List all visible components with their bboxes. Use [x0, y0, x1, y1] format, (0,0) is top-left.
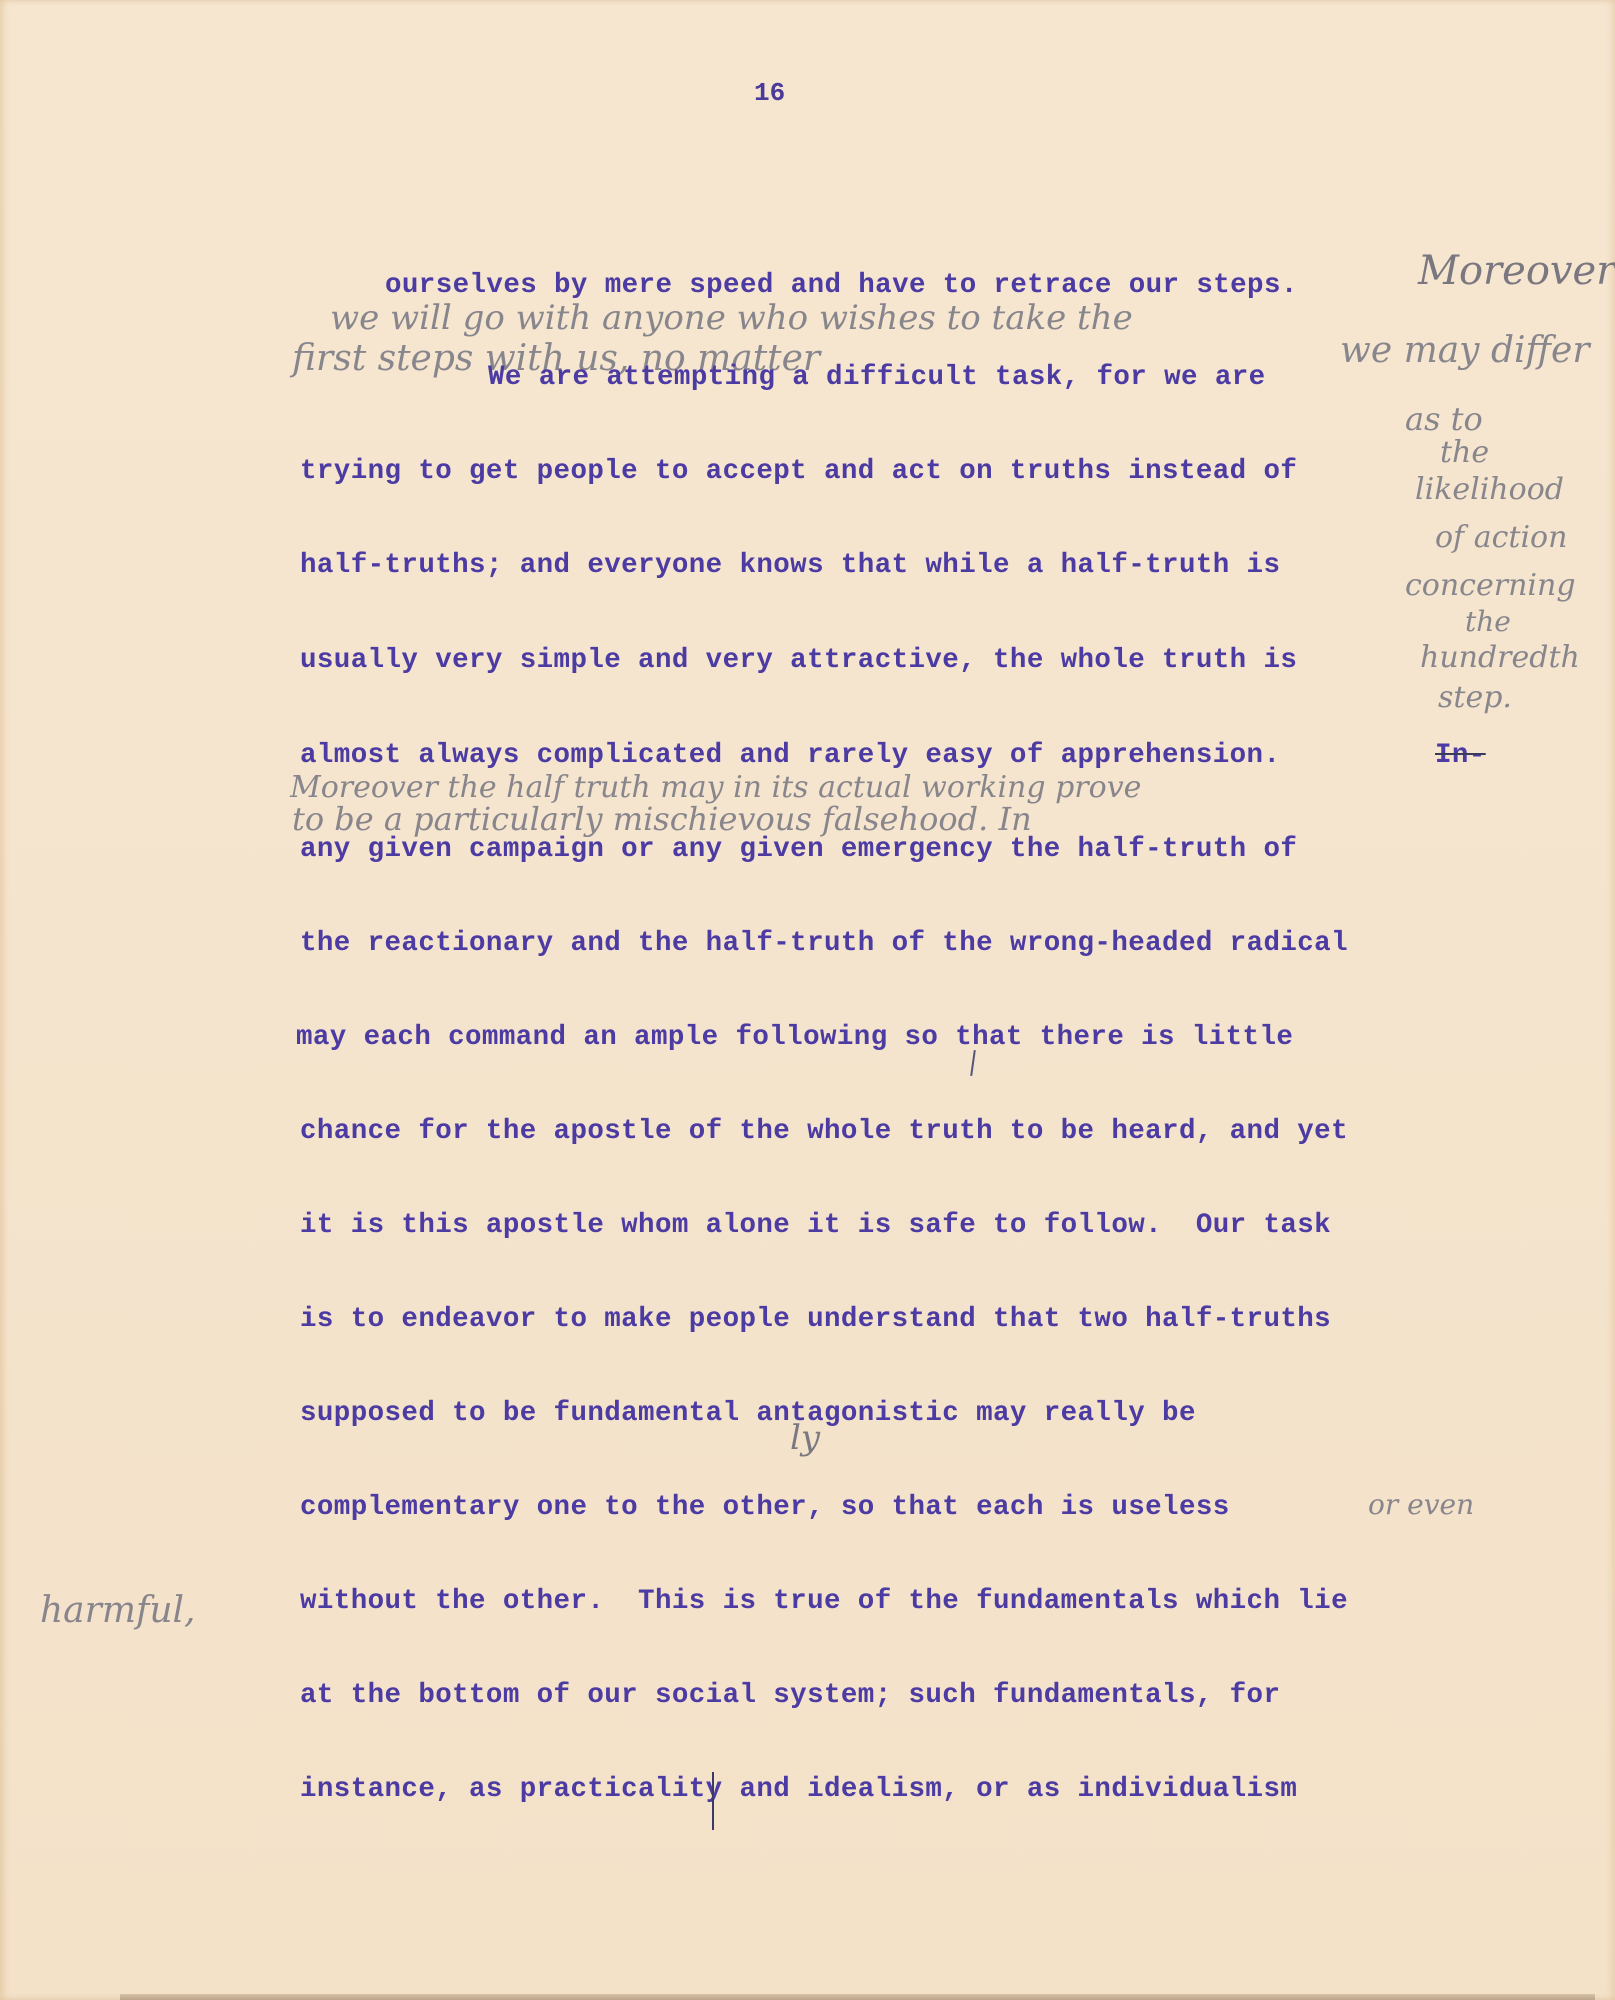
margin-right-4: concerning: [1405, 568, 1576, 603]
margin-right-1: the: [1440, 435, 1489, 470]
margin-right-0: as to: [1405, 400, 1483, 438]
manuscript-page: 16 ourselves by mere speed and have to r…: [0, 0, 1615, 2000]
insert-ly: ly: [790, 1418, 820, 1458]
typed-line-6: almost always complicated and rarely eas…: [300, 740, 1280, 771]
typed-line-9: may each command an ample following so t…: [296, 1022, 1293, 1053]
typed-line-2: We are attempting a difficult task, for …: [488, 362, 1266, 393]
comma-insert-mark: [970, 1050, 976, 1076]
typed-line-1: ourselves by mere speed and have to retr…: [385, 270, 1298, 301]
annotation-line-a: we will go with anyone who wishes to tak…: [330, 298, 1133, 338]
typed-line-15: without the other. This is true of the f…: [300, 1586, 1348, 1617]
interlinear-annotation-2: to be a particularly mischievous falseho…: [292, 800, 1032, 838]
margin-right-3: of action: [1435, 520, 1567, 555]
margin-right-5: the: [1465, 605, 1511, 638]
typed-line-10: chance for the apostle of the whole trut…: [300, 1116, 1348, 1147]
typed-line-5: usually very simple and very attractive,…: [300, 645, 1297, 676]
typed-line-4: half-truths; and everyone knows that whi…: [300, 550, 1280, 581]
margin-right-6: hundredth: [1420, 640, 1580, 675]
typed-line-7: any given campaign or any given emergenc…: [300, 834, 1297, 865]
typed-line-8: the reactionary and the half-truth of th…: [300, 928, 1348, 959]
typed-line-3: trying to get people to accept and act o…: [300, 456, 1297, 487]
page-bottom-edge: [120, 1994, 1595, 2000]
margin-left-harmful: harmful,: [40, 1590, 195, 1631]
typed-line-13: supposed to be fundamental antagonistic …: [300, 1398, 1196, 1429]
annotation-moreover: Moreover: [1418, 248, 1615, 294]
typed-line-11: it is this apostle whom alone it is safe…: [300, 1210, 1331, 1241]
insert-or-even: or even: [1368, 1488, 1474, 1521]
typed-line-14: complementary one to the other, so that …: [300, 1492, 1230, 1523]
typed-line-17: instance, as practicality and idealism, …: [300, 1774, 1297, 1805]
page-number: 16: [754, 78, 785, 108]
typed-line-12: is to endeavor to make people understand…: [300, 1304, 1331, 1335]
annotation-line-b2: we may differ: [1340, 330, 1590, 371]
split-mark: [712, 1772, 714, 1830]
margin-right-7: step.: [1438, 680, 1512, 715]
struck-text-in: In-: [1435, 740, 1486, 771]
margin-right-2: likelihood: [1415, 472, 1564, 507]
typed-line-16: at the bottom of our social system; such…: [300, 1680, 1280, 1711]
